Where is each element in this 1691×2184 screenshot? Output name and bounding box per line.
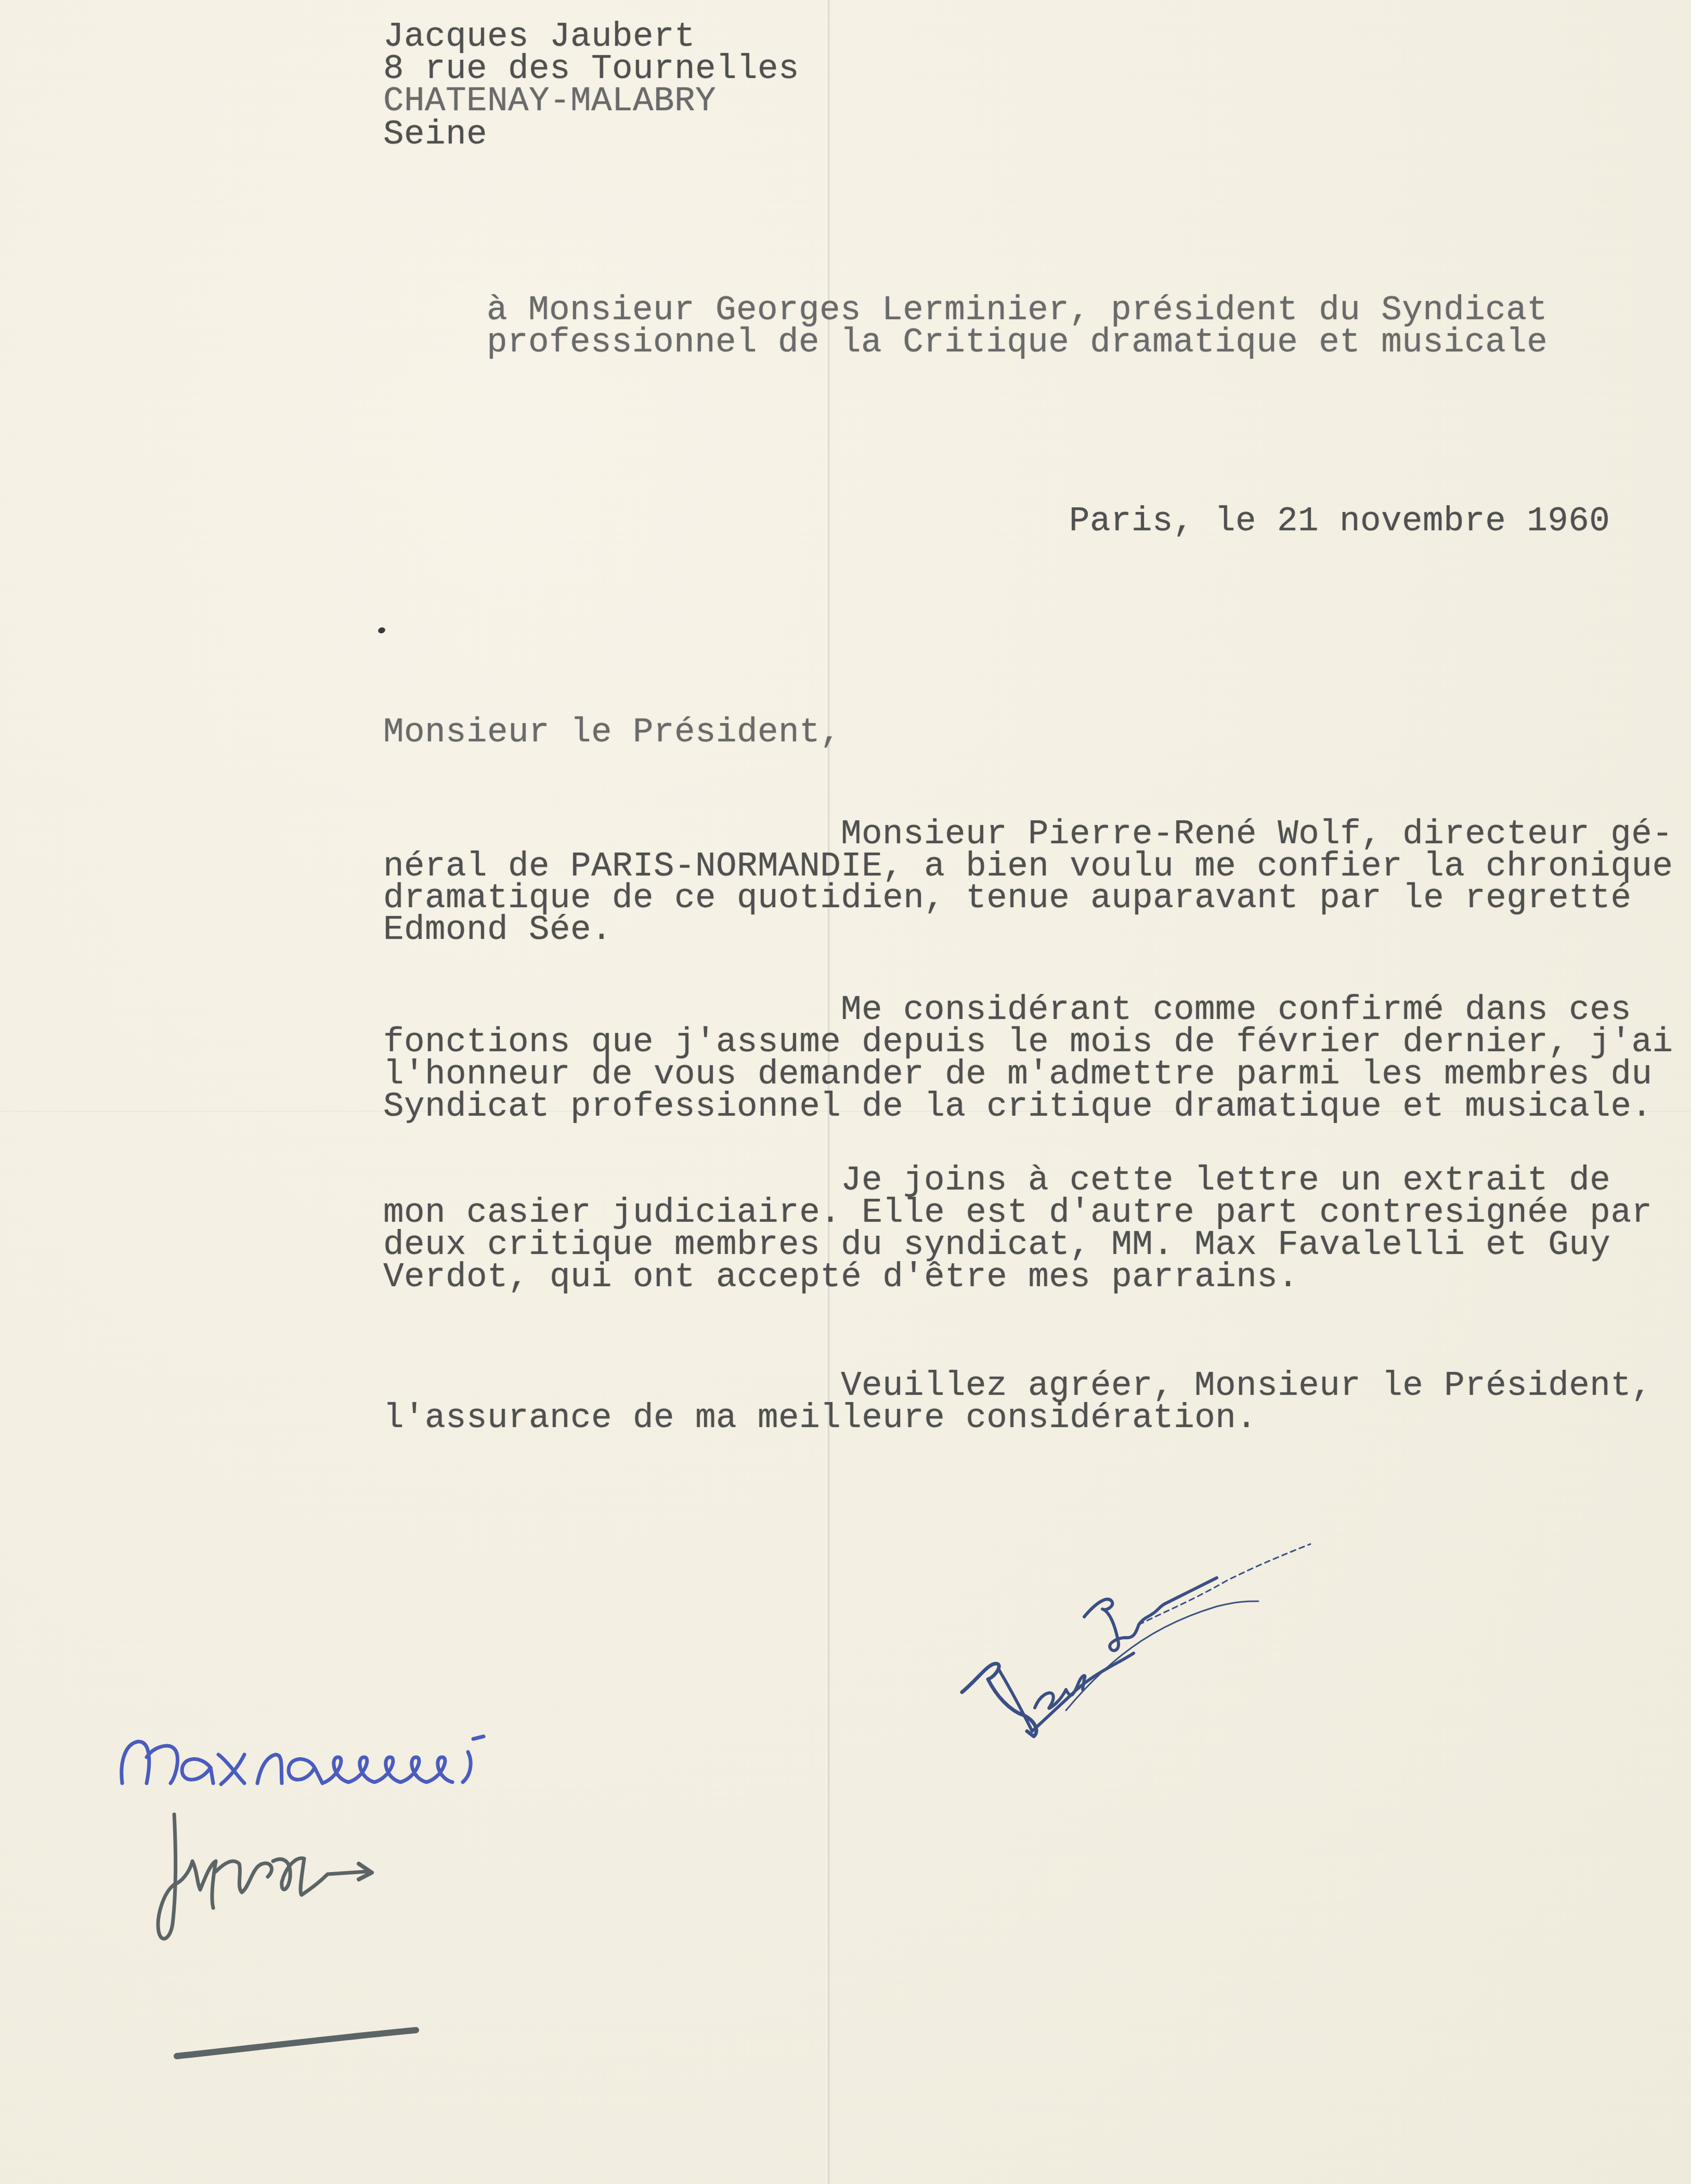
closing-line-2: l'assurance de ma meilleure considératio… bbox=[383, 1402, 1257, 1434]
recipient-line-2: professionnel de la Critique dramatique … bbox=[487, 326, 1547, 359]
paragraph-3-line-3: deux critique membres du syndicat, MM. M… bbox=[383, 1229, 1610, 1261]
ink-dot bbox=[378, 626, 386, 634]
paragraph-2-line-2: fonctions que j'assume depuis le mois de… bbox=[383, 1026, 1673, 1058]
sponsor-signature-verdot bbox=[114, 1804, 582, 2069]
sender-department: Seine bbox=[383, 119, 487, 151]
recipient-line-1: à Monsieur Georges Lerminier, président … bbox=[487, 294, 1547, 326]
sponsor-signature-favalelli bbox=[109, 1726, 603, 1804]
closing-line-1: Veuillez agréer, Monsieur le Président, bbox=[841, 1370, 1652, 1402]
paragraph-2-line-4: Syndicat professionnel de la critique dr… bbox=[383, 1091, 1652, 1123]
sender-address: 8 rue des Tournelles bbox=[383, 53, 799, 85]
date-line: Paris, le 21 novembre 1960 bbox=[1069, 505, 1610, 538]
salutation: Monsieur le Président, bbox=[383, 716, 841, 749]
paragraph-3-line-2: mon casier judiciaire. Elle est d'autre … bbox=[383, 1197, 1652, 1229]
sender-name: Jacques Jaubert bbox=[383, 21, 695, 53]
paragraph-1-line-4: Edmond Sée. bbox=[383, 914, 612, 946]
paragraph-2-line-1: Me considérant comme confirmé dans ces bbox=[841, 994, 1631, 1026]
paragraph-1-line-2: néral de PARIS-NORMANDIE, a bien voulu m… bbox=[383, 851, 1673, 883]
sender-city: CHATENAY-MALABRY bbox=[383, 85, 716, 117]
paragraph-2-line-3: l'honneur de vous demander de m'admettre… bbox=[383, 1058, 1652, 1091]
paragraph-3-line-1: Je joins à cette lettre un extrait de bbox=[841, 1165, 1610, 1197]
paragraph-1-line-1: Monsieur Pierre-René Wolf, directeur gé- bbox=[841, 818, 1673, 851]
paragraph-1-line-3: dramatique de ce quotidien, tenue aupara… bbox=[383, 882, 1631, 914]
paragraph-3-line-4: Verdot, qui ont accepté d'être mes parra… bbox=[383, 1261, 1298, 1293]
author-signature bbox=[946, 1523, 1404, 1742]
